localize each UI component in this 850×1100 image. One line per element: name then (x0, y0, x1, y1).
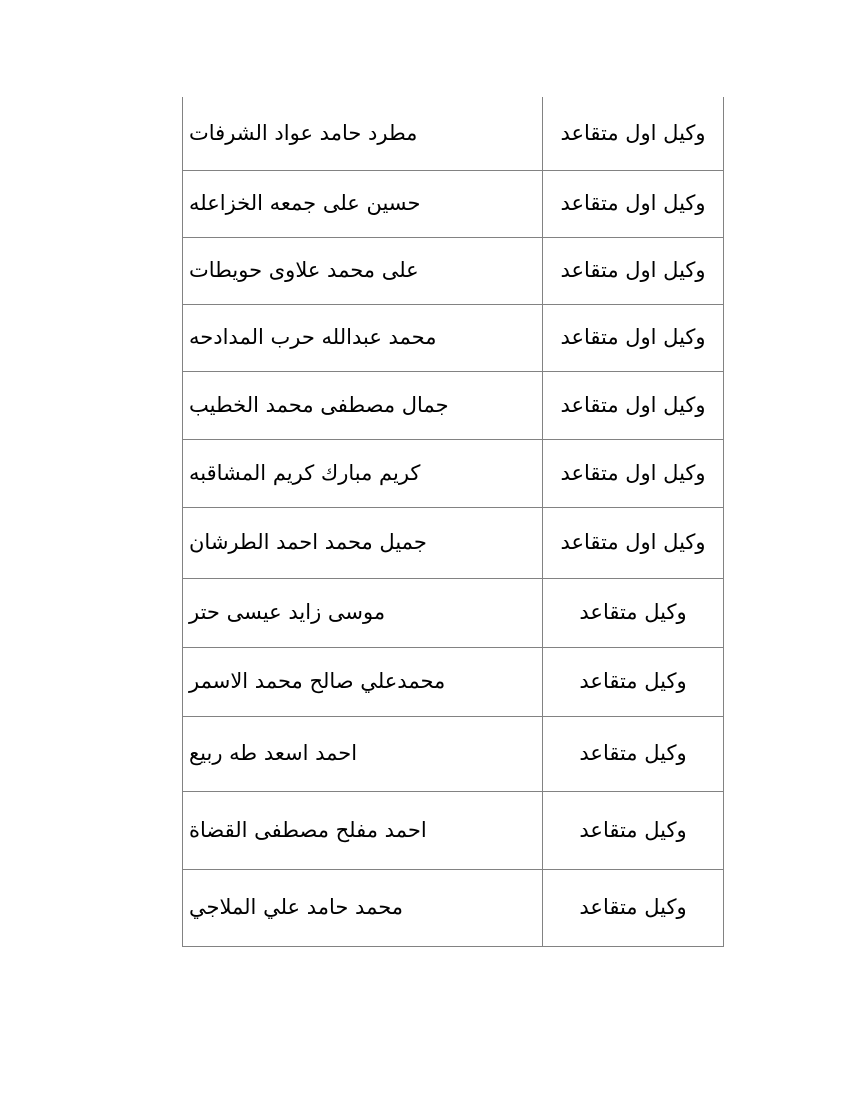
name-cell: جمال مصطفى محمد الخطيب (183, 372, 543, 439)
table-row: احمد اسعد طه ربيع وكيل متقاعد (183, 717, 723, 792)
rank-label: وكيل اول متقاعد (560, 325, 705, 350)
rank-cell: وكيل متقاعد (543, 648, 723, 716)
rank-label: وكيل متقاعد (579, 741, 686, 766)
rank-label: وكيل اول متقاعد (560, 258, 705, 283)
rank-cell: وكيل اول متقاعد (543, 238, 723, 304)
rank-label: وكيل اول متقاعد (560, 461, 705, 486)
table-row: كريم مبارك كريم المشاقبه وكيل اول متقاعد (183, 440, 723, 508)
retirees-table: مطرد حامد عواد الشرفات وكيل اول متقاعد ح… (182, 97, 724, 947)
table-row: محمد حامد علي الملاجي وكيل متقاعد (183, 870, 723, 947)
person-name: جمال مصطفى محمد الخطيب (189, 393, 449, 418)
table-row: على محمد علاوى حويطات وكيل اول متقاعد (183, 238, 723, 305)
name-cell: موسى زايد عيسى حتر (183, 579, 543, 647)
rank-cell: وكيل اول متقاعد (543, 97, 723, 170)
rank-label: وكيل متقاعد (579, 669, 686, 694)
name-cell: على محمد علاوى حويطات (183, 238, 543, 304)
name-cell: محمدعلي صالح محمد الاسمر (183, 648, 543, 716)
rank-label: وكيل متقاعد (579, 895, 686, 920)
table-row: مطرد حامد عواد الشرفات وكيل اول متقاعد (183, 97, 723, 171)
name-cell: جميل محمد احمد الطرشان (183, 508, 543, 578)
person-name: كريم مبارك كريم المشاقبه (189, 461, 420, 486)
rank-label: وكيل اول متقاعد (560, 191, 705, 216)
rank-cell: وكيل اول متقاعد (543, 171, 723, 237)
rank-label: وكيل اول متقاعد (560, 393, 705, 418)
person-name: احمد مفلح مصطفى القضاة (189, 818, 427, 843)
name-cell: كريم مبارك كريم المشاقبه (183, 440, 543, 507)
name-cell: مطرد حامد عواد الشرفات (183, 97, 543, 170)
person-name: محمد حامد علي الملاجي (189, 895, 403, 920)
rank-cell: وكيل اول متقاعد (543, 372, 723, 439)
rank-label: وكيل اول متقاعد (560, 121, 705, 146)
table-row: محمد عبدالله حرب المدادحه وكيل اول متقاع… (183, 305, 723, 372)
table-row: محمدعلي صالح محمد الاسمر وكيل متقاعد (183, 648, 723, 717)
rank-cell: وكيل اول متقاعد (543, 508, 723, 578)
table-row: حسين على جمعه الخزاعله وكيل اول متقاعد (183, 171, 723, 238)
person-name: محمدعلي صالح محمد الاسمر (189, 669, 445, 694)
person-name: حسين على جمعه الخزاعله (189, 191, 421, 216)
name-cell: محمد عبدالله حرب المدادحه (183, 305, 543, 371)
name-cell: احمد اسعد طه ربيع (183, 717, 543, 791)
rank-cell: وكيل متقاعد (543, 792, 723, 869)
person-name: احمد اسعد طه ربيع (189, 741, 357, 766)
person-name: محمد عبدالله حرب المدادحه (189, 325, 437, 350)
document-page: مطرد حامد عواد الشرفات وكيل اول متقاعد ح… (0, 0, 850, 1100)
table-row: جمال مصطفى محمد الخطيب وكيل اول متقاعد (183, 372, 723, 440)
person-name: جميل محمد احمد الطرشان (189, 530, 427, 555)
person-name: موسى زايد عيسى حتر (189, 600, 385, 625)
person-name: مطرد حامد عواد الشرفات (189, 121, 417, 146)
person-name: على محمد علاوى حويطات (189, 258, 419, 283)
table-row: جميل محمد احمد الطرشان وكيل اول متقاعد (183, 508, 723, 579)
rank-cell: وكيل متقاعد (543, 579, 723, 647)
table-row: احمد مفلح مصطفى القضاة وكيل متقاعد (183, 792, 723, 870)
name-cell: محمد حامد علي الملاجي (183, 870, 543, 946)
name-cell: احمد مفلح مصطفى القضاة (183, 792, 543, 869)
rank-cell: وكيل اول متقاعد (543, 440, 723, 507)
rank-label: وكيل اول متقاعد (560, 530, 705, 555)
rank-cell: وكيل اول متقاعد (543, 305, 723, 371)
rank-label: وكيل متقاعد (579, 818, 686, 843)
name-cell: حسين على جمعه الخزاعله (183, 171, 543, 237)
rank-label: وكيل متقاعد (579, 600, 686, 625)
table-row: موسى زايد عيسى حتر وكيل متقاعد (183, 579, 723, 648)
rank-cell: وكيل متقاعد (543, 717, 723, 791)
rank-cell: وكيل متقاعد (543, 870, 723, 946)
